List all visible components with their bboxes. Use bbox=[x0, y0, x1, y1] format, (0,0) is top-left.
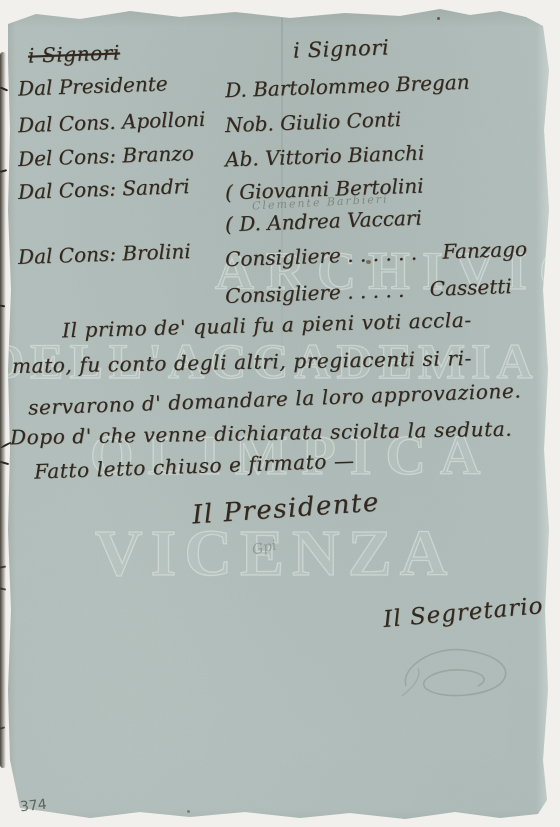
attendance-row: Dal Presidente D. Bartolommeo Bregan bbox=[0, 74, 560, 106]
attendance-name: Consigliere . . . . . Cassetti bbox=[225, 274, 512, 308]
attendance-row: ( D. Andrea Vaccari bbox=[0, 209, 560, 241]
attendance-name: ( D. Andrea Vaccari bbox=[225, 206, 423, 237]
attendance-row: Dal Cons. Apolloni Nob. Giulio Conti bbox=[0, 110, 560, 142]
document-scan: ARCHIVIO DELL'ACCADEMIA OLIMPICA VICENZA… bbox=[0, 0, 560, 827]
archive-page-number: 374 bbox=[19, 797, 47, 816]
attendance-name: Ab. Vittorio Bianchi bbox=[225, 141, 425, 172]
paper-speck bbox=[187, 810, 190, 813]
heading-struck-through: i Signori bbox=[28, 40, 121, 67]
attendance-row: Del Cons: Branzo Ab. Vittorio Bianchi bbox=[0, 144, 560, 176]
attendance-name: D. Bartolommeo Bregan bbox=[225, 70, 470, 103]
attendance-row: Dal Cons: Brolini Consigliere . . . . . … bbox=[0, 242, 560, 274]
watermark-vicenza: VICENZA bbox=[95, 516, 455, 592]
attendance-role: Dal Cons: Brolini bbox=[18, 239, 191, 269]
attendance-role: Dal Cons: Sandri bbox=[18, 174, 190, 204]
attendance-role: Dal Presidente bbox=[18, 71, 168, 100]
paper-speck bbox=[437, 17, 440, 20]
attendance-role: Del Cons: Branzo bbox=[18, 141, 195, 171]
attendance-row: Consigliere . . . . . Cassetti bbox=[0, 279, 560, 311]
attendance-role: Dal Cons. Apolloni bbox=[18, 107, 206, 138]
attendance-name: Nob. Giulio Conti bbox=[225, 107, 402, 137]
heading-i-signori: i Signori bbox=[293, 35, 390, 62]
attendance-name: Consigliere . . . . . . Fanzago bbox=[225, 237, 528, 272]
